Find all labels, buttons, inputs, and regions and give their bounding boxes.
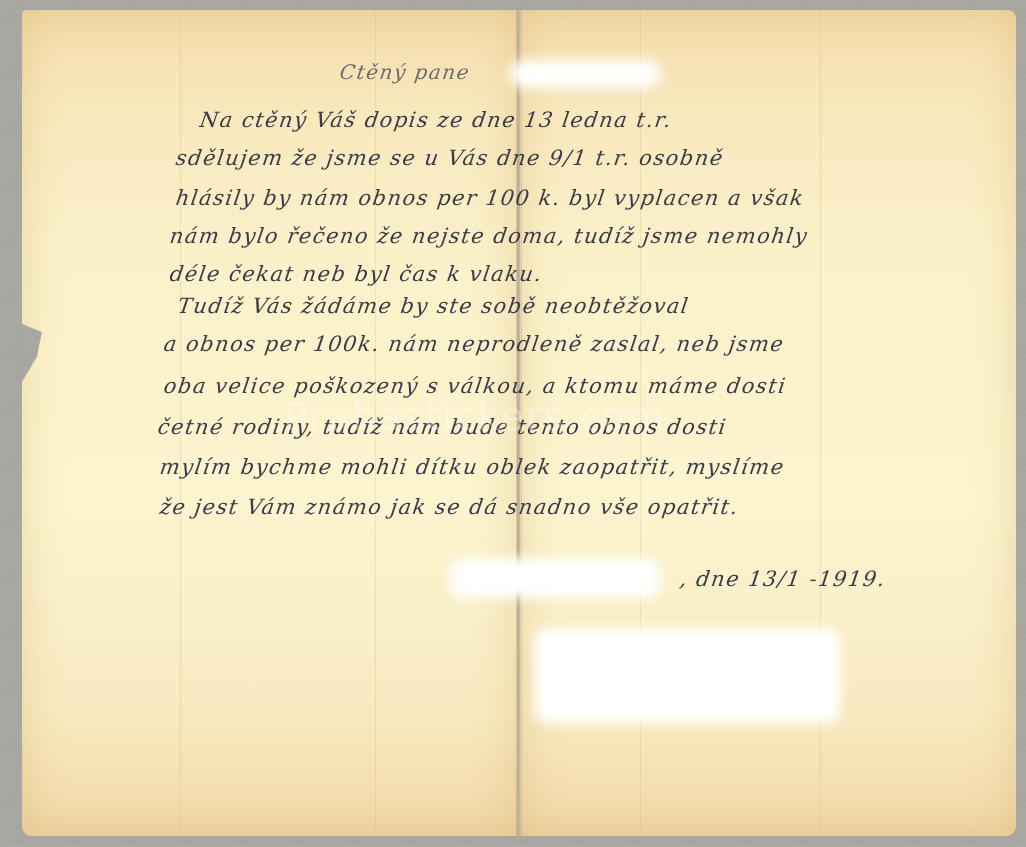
letter-line: hlásily by nám obnos per 100 k. byl vypl… <box>174 186 806 210</box>
letter-line: déle čekat neb byl čas k vlaku. <box>168 262 544 286</box>
redacted-recipient-name <box>510 60 660 88</box>
letter-line: a obnos per 100k. nám neprodleně zaslal,… <box>162 332 786 356</box>
letter-line: četné rodiny, tudíž nám bude tento obnos… <box>156 415 728 439</box>
letter-line: mylím bychme mohli dítku oblek zaopatřit… <box>158 455 786 479</box>
letter-line: nám bylo řečeno že nejste doma, tudíž js… <box>168 224 809 248</box>
date-line: , dne 13/1 -1919. <box>678 567 887 591</box>
letter-line: oba velice poškozený s válkou, a ktomu m… <box>162 374 788 398</box>
redacted-signature <box>535 628 840 723</box>
letter-line: sdělujem že jsme se u Vás dne 9/1 t.r. o… <box>174 146 725 170</box>
letter-line: Tudíž Vás žádáme by ste sobě neobtěžoval <box>176 294 691 318</box>
letter-line: Na ctěný Váš dopis ze dne 13 ledna t.r. <box>198 108 674 132</box>
salutation: Ctěný pane <box>338 60 472 84</box>
letter-line: že jest Vám známo jak se dá snadno vše o… <box>158 495 740 519</box>
letter-text: Ctěný pane Na ctěný Váš dopis ze dne 13 … <box>0 0 1026 847</box>
redacted-place-name <box>450 558 660 598</box>
scanned-letter: Ctěný pane Na ctěný Váš dopis ze dne 13 … <box>0 0 1026 847</box>
